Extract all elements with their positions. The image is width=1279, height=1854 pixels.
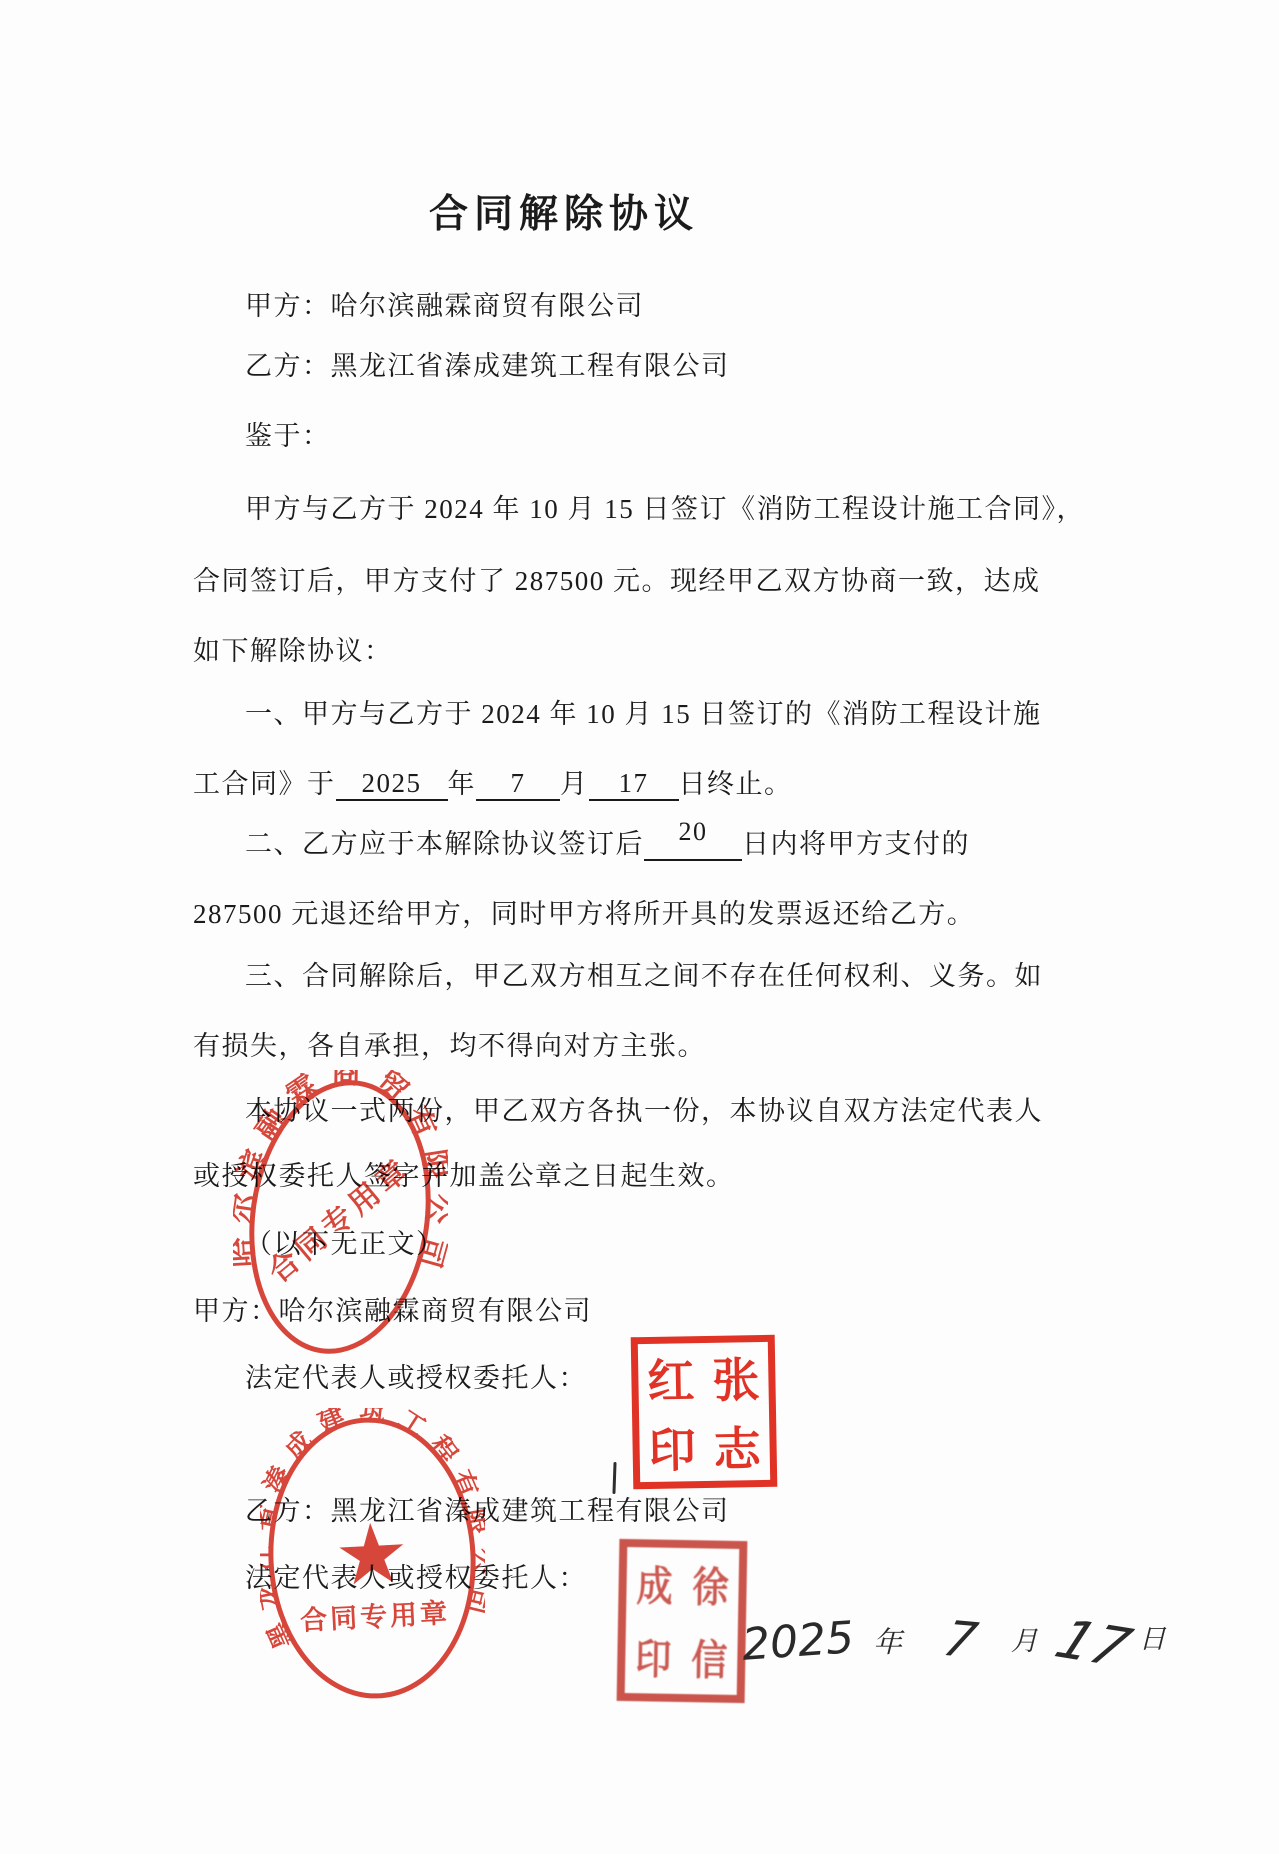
name-seal-char: 红 — [647, 1344, 695, 1412]
blank-month: 7 — [476, 768, 560, 801]
party-b-company-seal: 黑龙江省溱成建筑工程有限公司 ★ 合同专用章 — [260, 1408, 485, 1708]
party-a-company-seal: 哈尔滨融霖商贸有限公司 合同专用章 — [233, 1070, 448, 1365]
clause-2-prefix: 二、乙方应于本解除协议签订后 — [245, 829, 644, 859]
clause-1-line-2: 工合同》于2025年7月17日终止。 — [193, 762, 793, 801]
year-label: 年 — [448, 769, 477, 799]
whereas-line: 鉴于： — [245, 414, 331, 453]
name-seal-char: 印 — [635, 1627, 672, 1686]
party-a-line: 甲方：哈尔滨融霖商贸有限公司 — [245, 284, 644, 323]
party-b-line: 乙方：黑龙江省溱成建筑工程有限公司 — [245, 344, 730, 383]
document-title: 合同解除协议 — [193, 183, 935, 239]
blank-days: 20 — [644, 828, 742, 861]
blank-year: 2025 — [336, 768, 448, 801]
party-b-name-seal: 成 徐 印 信 — [617, 1539, 748, 1703]
name-seal-char: 徐 — [692, 1555, 729, 1614]
clause-2-line-1: 二、乙方应于本解除协议签订后20日内将甲方支付的 — [245, 822, 970, 861]
clause-1-prefix: 工合同》于 — [193, 769, 336, 799]
blank-days-value: 20 — [679, 817, 708, 847]
recital-line-2: 合同签订后，甲方支付了 287500 元。现经甲乙双方协商一致，达成 — [193, 559, 1041, 598]
clause-2-line-2: 287500 元退还给甲方，同时甲方将所开具的发票返还给乙方。 — [193, 892, 975, 931]
seal-center-text: 合同专用章 — [299, 1597, 450, 1636]
date-year: 2025 — [740, 1612, 855, 1671]
date-month: 7 — [938, 1611, 983, 1669]
clause-3-line-1: 三、合同解除后，甲乙双方相互之间不存在任何权利、义务。如 — [245, 954, 1043, 993]
seal-center-text: 合同专用章 — [262, 1151, 418, 1290]
clause-3-line-2: 有损失，各自承担，均不得向对方主张。 — [193, 1024, 706, 1063]
date-day: 17 — [1047, 1608, 1140, 1679]
name-seal-char: 信 — [691, 1628, 728, 1687]
recital-line-1: 甲方与乙方于 2024 年 10 月 15 日签订《消防工程设计施工合同》， — [245, 487, 1085, 526]
date-year-label: 年 — [873, 1620, 902, 1661]
star-icon: ★ — [337, 1513, 408, 1598]
month-label: 月 — [560, 769, 589, 799]
blank-day: 17 — [589, 768, 679, 801]
clause-1-line-1: 一、甲方与乙方于 2024 年 10 月 15 日签订的《消防工程设计施 — [245, 692, 1042, 731]
contract-page: 合同解除协议 甲方：哈尔滨融霖商贸有限公司 乙方：黑龙江省溱成建筑工程有限公司 … — [0, 0, 1279, 1854]
name-seal-char: 志 — [713, 1412, 761, 1480]
name-seal-char: 成 — [636, 1554, 673, 1613]
date-day-label: 日 — [1139, 1617, 1166, 1656]
date-month-label: 月 — [1011, 1619, 1038, 1658]
recital-line-3: 如下解除协议： — [193, 629, 393, 668]
party-a-name-seal: 红 张 印 志 — [631, 1335, 778, 1489]
handwritten-date: 2025 年 7 月 17 日 — [742, 1606, 1166, 1669]
clause-1-suffix: 日终止。 — [679, 769, 793, 799]
name-seal-char: 印 — [648, 1413, 696, 1481]
name-seal-char: 张 — [712, 1343, 760, 1411]
clause-2-suffix: 日内将甲方支付的 — [742, 829, 970, 859]
